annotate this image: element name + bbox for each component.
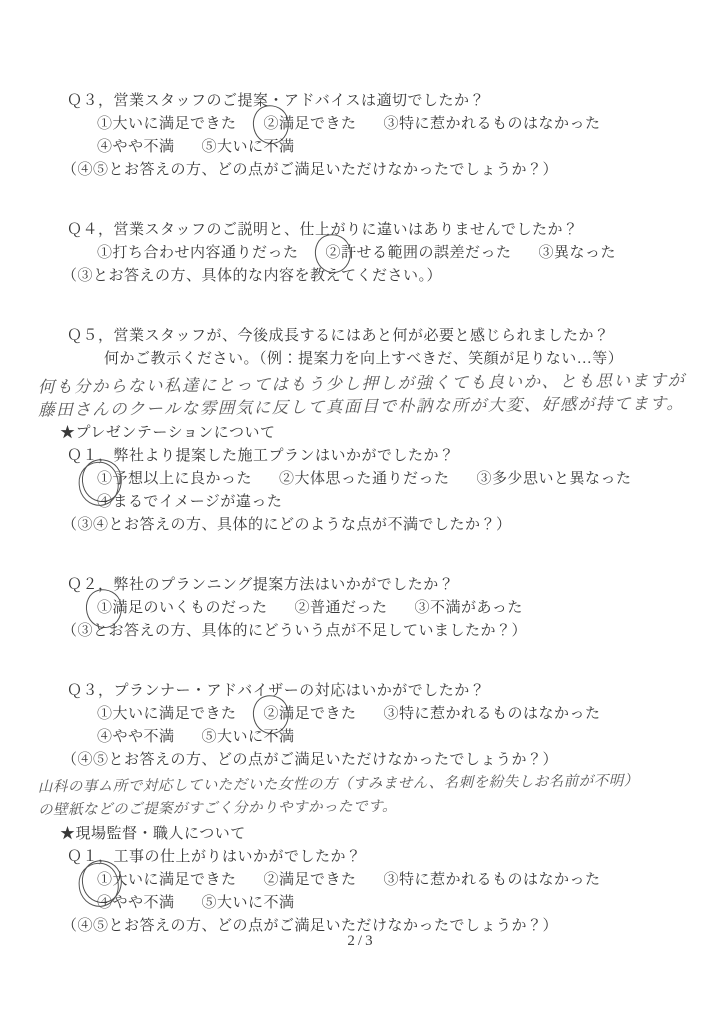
answer-options-row: ①大いに満足できた②満足できた③特に惹かれるものはなかった xyxy=(97,703,695,726)
answer-option-label: ⑤大いに不満 xyxy=(202,139,295,155)
answer-option-label: ③特に惹かれるものはなかった xyxy=(384,706,601,722)
answer-options-row: ①大いに満足できた②満足できた③特に惹かれるものはなかった xyxy=(97,869,695,892)
answer-option: ④まるでイメージが違った xyxy=(97,491,282,514)
question-title: Ｑ３，営業スタッフのご提案・アドバイスは適切でしたか？ xyxy=(67,90,695,113)
handwritten-response-block: 山科の事ム所で対応していただいた女性の方（すみません、名刺を紛失しお名前が不明）… xyxy=(38,770,695,823)
answer-option-label: ①大いに満足できた xyxy=(97,116,237,132)
answer-option-label: ①予想以上に良かった xyxy=(97,471,252,487)
answer-option-label: ③異なった xyxy=(539,245,617,261)
answer-option-label: ②満足できた xyxy=(264,706,357,722)
answer-option: ①大いに満足できた xyxy=(97,113,237,136)
answer-option: ④やや不満 xyxy=(97,136,175,159)
answer-option-label: ①大いに満足できた xyxy=(97,872,237,888)
question-title: Ｑ１，工事の仕上がりはいかがでしたか？ xyxy=(67,846,695,869)
survey-page: Ｑ３，営業スタッフのご提案・アドバイスは適切でしたか？①大いに満足できた②満足で… xyxy=(0,0,723,1024)
answer-option-label: ①大いに満足できた xyxy=(97,706,237,722)
answer-option-label: ①打ち合わせ内容通りだった xyxy=(97,245,299,261)
answer-options-row: ④やや不満⑤大いに不満 xyxy=(97,136,695,159)
answer-option: ②許せる範囲の誤差だった xyxy=(326,242,512,265)
followup-note: （③とお答えの方、具体的にどういう点が不足していましたか？） xyxy=(62,620,695,643)
answer-option-label: ②満足できた xyxy=(264,872,357,888)
answer-option-label: ④まるでイメージが違った xyxy=(97,494,282,510)
answer-option-label: ②普通だった xyxy=(295,600,388,616)
answer-option-label: ③特に惹かれるものはなかった xyxy=(384,116,601,132)
followup-note: （④⑤とお答えの方、どの点がご満足いただけなかったでしょうか？） xyxy=(62,749,695,772)
question-title: Ｑ２，弊社のプランニング提案方法はいかがでしたか？ xyxy=(67,574,695,597)
answer-option: ③多少思いと異なった xyxy=(477,468,632,491)
answer-option-label: ③不満があった xyxy=(415,600,523,616)
question-block: Ｑ１，工事の仕上がりはいかがでしたか？①大いに満足できた②満足できた③特に惹かれ… xyxy=(62,846,695,938)
question-block: Ｑ４，営業スタッフのご説明と、仕上がりに違いはありませんでしたか？①打ち合わせ内… xyxy=(62,219,695,288)
page-number: 2/3 xyxy=(0,930,723,953)
question-block: Ｑ３，プランナー・アドバイザーの対応はいかがでしたか？①大いに満足できた②満足で… xyxy=(62,680,695,819)
answer-option-label: ②許せる範囲の誤差だった xyxy=(326,245,512,261)
answer-options-row: ④やや不満⑤大いに不満 xyxy=(97,726,695,749)
question-title: Ｑ４，営業スタッフのご説明と、仕上がりに違いはありませんでしたか？ xyxy=(67,219,695,242)
answer-option: ⑤大いに不満 xyxy=(202,726,295,749)
question-block: Ｑ５，営業スタッフが、今後成長するにはあと何が必要と感じられましたか？何かご教示… xyxy=(62,325,695,418)
answer-option: ②満足できた xyxy=(264,113,357,136)
followup-note: （③とお答えの方、具体的な内容を教えてください。） xyxy=(62,265,695,288)
answer-options-row: ①満足のいくものだった②普通だった③不満があった xyxy=(97,597,695,620)
question-title: Ｑ３，プランナー・アドバイザーの対応はいかがでしたか？ xyxy=(67,680,695,703)
question-block: Ｑ３，営業スタッフのご提案・アドバイスは適切でしたか？①大いに満足できた②満足で… xyxy=(62,90,695,182)
survey-content: Ｑ３，営業スタッフのご提案・アドバイスは適切でしたか？①大いに満足できた②満足で… xyxy=(62,90,695,975)
question-subtitle: 何かご教示ください。（例：提案力を向上すべきだ、笑顔が足りない…等） xyxy=(104,348,695,371)
followup-note: （④⑤とお答えの方、どの点がご満足いただけなかったでしょうか？） xyxy=(62,159,695,182)
answer-option-label: ③特に惹かれるものはなかった xyxy=(384,872,601,888)
answer-option: ①打ち合わせ内容通りだった xyxy=(97,242,299,265)
question-block: Ｑ２，弊社のプランニング提案方法はいかがでしたか？①満足のいくものだった②普通だ… xyxy=(62,574,695,643)
answer-options-row: ①予想以上に良かった②大体思った通りだった③多少思いと異なった xyxy=(97,468,695,491)
answer-option: ④やや不満 xyxy=(97,726,175,749)
section-header: ★プレゼンテーションについて xyxy=(60,422,695,445)
answer-option-label: ⑤大いに不満 xyxy=(202,895,295,911)
answer-option-label: ③多少思いと異なった xyxy=(477,471,632,487)
answer-option-label: ④やや不満 xyxy=(97,729,175,745)
answer-option: ②普通だった xyxy=(295,597,388,620)
answer-options-row: ①大いに満足できた②満足できた③特に惹かれるものはなかった xyxy=(97,113,695,136)
answer-options-row: ④まるでイメージが違った xyxy=(97,491,695,514)
answer-option: ①満足のいくものだった xyxy=(97,597,268,620)
question-title: Ｑ５，営業スタッフが、今後成長するにはあと何が必要と感じられましたか？ xyxy=(67,325,695,348)
answer-option: ②満足できた xyxy=(264,869,357,892)
question-title: Ｑ１，弊社より提案した施工プランはいかがでしたか？ xyxy=(67,445,695,468)
answer-option: ③特に惹かれるものはなかった xyxy=(384,869,601,892)
answer-options-row: ④やや不満⑤大いに不満 xyxy=(97,892,695,915)
answer-option: ③異なった xyxy=(539,242,617,265)
section-header: ★現場監督・職人について xyxy=(60,823,695,846)
handwritten-response-block: 何も分からない私達にとってはもう少し押しが強くても良いか、とも思いますが藤田さん… xyxy=(38,369,695,422)
answer-option-label: ①満足のいくものだった xyxy=(97,600,268,616)
answer-option-label: ②満足できた xyxy=(264,116,357,132)
answer-option: ①大いに満足できた xyxy=(97,703,237,726)
answer-option-label: ④やや不満 xyxy=(97,139,175,155)
answer-option: ③特に惹かれるものはなかった xyxy=(384,113,601,136)
question-block: Ｑ１，弊社より提案した施工プランはいかがでしたか？①予想以上に良かった②大体思っ… xyxy=(62,445,695,537)
followup-note: （③④とお答えの方、具体的にどのような点が不満でしたか？） xyxy=(62,514,695,537)
answer-options-row: ①打ち合わせ内容通りだった②許せる範囲の誤差だった③異なった xyxy=(97,242,695,265)
answer-option: ③不満があった xyxy=(415,597,523,620)
answer-option: ①大いに満足できた xyxy=(97,869,237,892)
answer-option: ①予想以上に良かった xyxy=(97,468,252,491)
answer-option: ③特に惹かれるものはなかった xyxy=(384,703,601,726)
answer-option-label: ②大体思った通りだった xyxy=(279,471,450,487)
answer-option-label: ⑤大いに不満 xyxy=(202,729,295,745)
answer-option: ④やや不満 xyxy=(97,892,175,915)
answer-option: ②大体思った通りだった xyxy=(279,468,450,491)
answer-option: ⑤大いに不満 xyxy=(202,136,295,159)
answer-option-label: ④やや不満 xyxy=(97,895,175,911)
answer-option: ⑤大いに不満 xyxy=(202,892,295,915)
answer-option: ②満足できた xyxy=(264,703,357,726)
